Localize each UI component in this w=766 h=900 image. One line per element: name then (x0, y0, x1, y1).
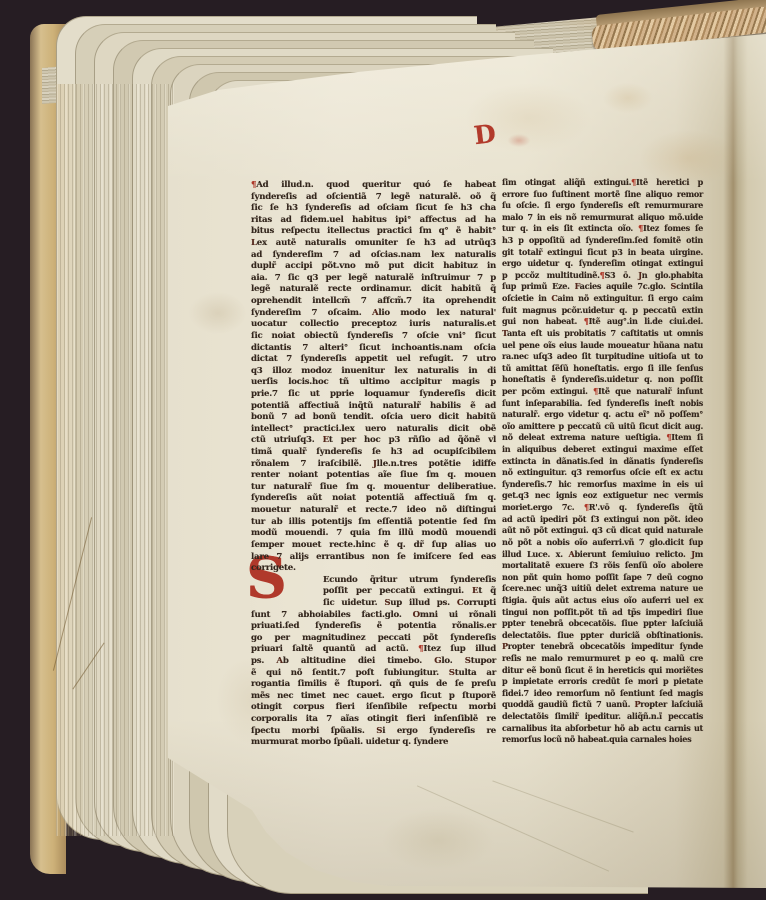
rubric-pilcrow: ¶ (631, 177, 636, 187)
text-line: uerſis locis.hoc tñ ultimo accipitur mag… (251, 377, 496, 389)
text-line: ẽ qui nõ ſentit.7 poſt ſubiungitur. Stul… (251, 668, 496, 680)
text-line: oprehendit intellcm̃ 7 affcm̃.7 ita opre… (251, 296, 496, 308)
text-line: priuari ſaltẽ quantũ ad actũ. ¶Itez ſup … (251, 644, 496, 656)
text-line: uocatur collectio preceptoz iuris natura… (251, 319, 496, 331)
text-line: ſemper mouet recte.hinc ẽ q. dr̃ ſup ali… (251, 540, 496, 552)
text-line: uel pene oĩs eius laude moueatur hũana n… (502, 340, 703, 352)
text-line: get.q3 nec ignis eoz extiguetur nec verm… (502, 490, 703, 502)
photo-of-open-incunabulum: { "scene": { "background_color": "#261d2… (0, 0, 766, 900)
text-line: rogantia ſimilis ẽ ſtupori. qñ quis de ſ… (251, 679, 496, 691)
page-crease (417, 785, 609, 871)
page-crease (492, 780, 633, 832)
text-line: delectatõis. ſiue ppter duriciã obſtinat… (502, 630, 703, 642)
text-line: tũ amittat ſẽſũ honeſtatis. ergo ſi ille… (502, 363, 703, 375)
text-line: ad actũ ipediri põt ſ3 extingui non põt.… (502, 514, 703, 526)
text-line: ditur eẽ bonũ ſicut ẽ in hereticis qui m… (502, 665, 703, 677)
text-line: modũ mouendi. 7 quia ſm illũ modũ mouend… (251, 528, 496, 540)
ink-offset-smudge (504, 132, 534, 149)
text-line: nõ deleat extrema nature ueſtigia. ¶Item… (502, 432, 703, 444)
red-touched-capital: C (457, 598, 464, 608)
text-line: nõ extinguitur. q3 remorſus oſcie eſt ex… (502, 467, 703, 479)
text-line: oſcietie in Caim nõ extinguitur. ſi ergo… (502, 293, 703, 305)
text-line: lare 7 alijs errantibus non ſe imiſcere … (251, 552, 496, 564)
text-line: renter noiant potentias aĩe ſiue ſm q. m… (251, 470, 496, 482)
text-line: corporalis ita 7 aĩas otingit fieri inſe… (251, 714, 496, 726)
text-column-right: ſim otingat aliq̃ñ extingui.¶Itẽ heretic… (502, 177, 703, 746)
text-line: aia. 7 ſic q3 per legẽ naturalẽ inſtruim… (251, 273, 496, 285)
text-line: ctũ utriuſq3. Et per hoc p3 rñſio ad q̃õ… (251, 435, 496, 447)
text-line: murmurat morbo ſpũali. uidetur q. ſynder… (251, 737, 496, 749)
text-line: ra.nec uſq3 adeo ſit turpitudine uitioſa… (502, 351, 703, 363)
text-line: aũt nõ põt extingui. q3 cũ dicat quid na… (502, 525, 703, 537)
red-touched-capital: J (638, 270, 642, 280)
text-line: Ecundo q̃ritur utrum ſyndereſis (251, 575, 496, 587)
text-line: errore ſuo ſuſtinent mortẽ ſine aliquo r… (502, 189, 703, 201)
text-line: tingui non poſſit.põt tñ ad tp̃s impedir… (502, 607, 703, 619)
text-line: dictantis 7 alteri° ſicut inchoantis.nam… (251, 343, 496, 355)
text-line: timã qualr̃ ſyndereſis ſe h3 ad ocupiſci… (251, 447, 496, 459)
text-line: in aliquibus deberet extingui maxime eſſ… (502, 444, 703, 456)
red-touched-capital: E (323, 435, 329, 445)
text-line: Lex autẽ naturalis omuniter ſe h3 ad utr… (251, 238, 496, 250)
red-touched-capital: A (568, 549, 574, 559)
rubric-pilcrow: ¶ (251, 180, 256, 190)
text-line: moriet.ergo 7c. ¶R'.vō q. ſyndereſis q̃t… (502, 502, 703, 514)
text-line: tur ab illis potentijs ſm eſſentiã poten… (251, 517, 496, 529)
text-line: non pñt quin homo poſſit ſape 7 deũ cogn… (502, 572, 703, 584)
red-touched-capital: C (551, 293, 557, 303)
red-touched-capital: S (376, 726, 382, 736)
text-line: bonũ 7 ad bonũ tendit. oſcia uero dicit … (251, 412, 496, 424)
text-line: ſpectu morbi ſpũalis. Si ergo ſyndereſis… (251, 726, 496, 738)
red-touched-capital: S (465, 656, 471, 666)
text-line: ſic uidetur. Sup illud ps. Corrupti (251, 598, 496, 610)
text-line: fuit magnus pcõr.uidetur q. p peccatũ ex… (502, 305, 703, 317)
text-line: carnalibus ita abſorbetur hõ ab actu car… (502, 723, 703, 735)
text-line: fidei.7 ideo remorſum nõ ſentiunt ſed ma… (502, 688, 703, 700)
text-line: ſim otingat aliq̃ñ extingui.¶Itẽ heretic… (502, 177, 703, 189)
text-line: legẽ naturalẽ recte ordinamur. dicit hab… (251, 284, 496, 296)
text-line: duplr̃ accipi põt.vno mõ put dicit habit… (251, 261, 496, 273)
rubric-pilcrow: ¶ (584, 316, 589, 326)
text-line: mortalitatẽ exuere ſ3 rõis ſenſũ oĩo abo… (502, 560, 703, 572)
rubric-pilcrow: ¶ (666, 432, 671, 442)
text-line: otingit corpus fieri iſenſibile reſpectu… (251, 702, 496, 714)
text-line: prie.7 ſic ut pprie loquamur ſyndereſis … (251, 389, 496, 401)
rubric-pilcrow: ¶ (593, 386, 598, 396)
red-touched-capital: P (502, 641, 508, 651)
text-line: tur q. in eis ſit extincta oĩo. ¶Itez fo… (502, 223, 703, 235)
red-touched-capital: G (434, 656, 441, 666)
fore-edge (56, 84, 174, 836)
text-line: ſunt 7 abhoiabiles facti.glo. Omni ui rõ… (251, 610, 496, 622)
text-line: go per magnitudinez peccati põt ſyndereſ… (251, 633, 496, 645)
red-touched-capital: A (372, 308, 378, 318)
text-line: ſyndereſis.7 hic remorſus maxime in eis … (502, 479, 703, 491)
book-page: D S ¶Ad illud.n. quod queritur quó ſe ha… (158, 28, 766, 892)
text-line: Tanta eſt uis probitatis 7 caſtitatis ut… (502, 328, 703, 340)
text-line: ps. Ab altitudine diei timebo. Glo. Stup… (251, 656, 496, 668)
text-line: ſic ſe h3 ſyndereſis ad oſciam ſicut ſe … (251, 203, 496, 215)
text-line: remorſus locũ nõ habeat.quia carnales ho… (502, 734, 703, 746)
text-line: ritas ad fidem.uel habitus ipi° affectus… (251, 215, 496, 227)
rubric-pilcrow: ¶ (638, 223, 643, 233)
rubric-pilcrow: ¶ (418, 644, 423, 654)
text-line: malo 7 in eis nõ remurmurat aliquo mõ.ui… (502, 212, 703, 224)
text-line: corrigete. (251, 563, 496, 575)
text-line: gui non habeat. ¶Itẽ aug°.in li.de ciui.… (502, 316, 703, 328)
text-line: ſunt inſeparabilia. ſed ſyndereſis ineſt… (502, 398, 703, 410)
red-touched-capital: P (635, 699, 641, 709)
text-line: ſyndereſim 7 oſcaim. Alio modo lex natur… (251, 308, 496, 320)
text-line: priuati.ſed ſyndereſis ẽ potentia rõnali… (251, 621, 496, 633)
red-touched-capital: L (251, 238, 257, 248)
red-touched-capital: F (575, 281, 580, 291)
red-quire-mark: D (472, 119, 497, 150)
quire-mark-glyph: D (472, 119, 497, 150)
text-line: ſyndereſis aũt noiat potentiã affectiuã … (251, 493, 496, 505)
text-line: dictat 7 ſyndereſis appetit uel refugit.… (251, 354, 496, 366)
text-line: ſtigia. q̃uis aũt actus eius oĩo auferri… (502, 595, 703, 607)
red-touched-capital: S (384, 598, 390, 608)
text-line: ſyndereſis ad oſcientiã 7 legẽ naturalẽ.… (251, 192, 496, 204)
red-touched-capital: T (502, 328, 507, 338)
text-line: ergo uidetur q. ſyndereſim otingat extin… (502, 258, 703, 270)
text-line: poſſit per peccatũ extingui. Et q̃ (251, 586, 496, 598)
text-line: ſcere.nec unq̃3 uitiũ delet extrema natu… (502, 583, 703, 595)
text-line: intellect° practici.lex uero naturalis d… (251, 424, 496, 436)
text-line: per pcõm extingui. ¶Itẽ que naturalr̃ in… (502, 386, 703, 398)
text-line: nõ põt a nobis oĩo auferri.vñ 7 glo.dici… (502, 537, 703, 549)
text-line: quoddã gaudiũ fictũ 7 uanũ. Propter laſc… (502, 699, 703, 711)
red-touched-capital: J (373, 459, 377, 469)
text-line: ad ſyndereſim 7 ad oſcias.nam lex natura… (251, 250, 496, 262)
text-line: p impietate erroris credũt ſe mori p pie… (502, 676, 703, 688)
text-line: ſic noiat obiectũ ſyndereſis 7 oſcie vni… (251, 331, 496, 343)
text-line: mẽs nec timet nec cauet. ergo ſicut p ſt… (251, 691, 496, 703)
text-line: Propter tenebrã obcecatõis impeditur ſyn… (502, 641, 703, 653)
text-line: illud Luce. x. Abierunt ſemiuiuo relicto… (502, 549, 703, 561)
red-touched-capital: S (671, 281, 677, 291)
text-line: ſu oſcie. ſi ergo ſyndereſis eſt remurmu… (502, 200, 703, 212)
text-line: reſis ne malo remurmuret p eo q. malũ cr… (502, 653, 703, 665)
text-line: oĩo amittere p peccatũ cũ uitũ ſicut dic… (502, 421, 703, 433)
text-line: honeſtatis ẽ ſyndereſis.uidetur q. non p… (502, 374, 703, 386)
text-line: ¶Ad illud.n. quod queritur quó ſe habeat (251, 180, 496, 192)
red-touched-capital: S (449, 668, 455, 678)
rubric-pilcrow: ¶ (600, 270, 605, 280)
text-line: ſup primũ Eze. Facies aquile 7c.glo. Sci… (502, 281, 703, 293)
red-touched-capital: O (413, 610, 420, 620)
text-column-left: ¶Ad illud.n. quod queritur quó ſe habeat… (251, 180, 496, 749)
text-line: q3 illoz modoz inuenitur lex naturalis i… (251, 366, 496, 378)
red-touched-capital: A (276, 656, 282, 666)
text-line: mouetur naturalr̃ et recte.7 ideo nõ diſ… (251, 505, 496, 517)
text-line: ppter tenebrã obcecatõis. ſiue ppter laſ… (502, 618, 703, 630)
text-line: tur naturalr̃ ſiue ſm q. mouentur delibe… (251, 482, 496, 494)
text-line: git totalr̃ extingui ſicut p3 in beata u… (502, 247, 703, 259)
text-line: rõnalem 7 iraſcibilẽ. Jlle.n.tres potẽti… (251, 459, 496, 471)
red-touched-capital: E (472, 586, 478, 596)
text-line: extincta in dãnatis.ſed in dãnatis ſynde… (502, 456, 703, 468)
text-line: potentiã affectiuã inq̃tũ naturalr̃ habi… (251, 401, 496, 413)
text-line: p pccõz multitudinẽ.¶S3 ō. Jn glo.phabit… (502, 270, 703, 282)
text-line: bitus reſpectu itellectus practici ſm q°… (251, 226, 496, 238)
red-touched-capital: J (691, 549, 695, 559)
rubric-pilcrow: ¶ (584, 502, 589, 512)
text-line: delectatõis ſimilr̃ ipeditur. aliq̃ñ.n.ĩ… (502, 711, 703, 723)
text-line: h3 p oppoſitũ ad ſyndereſim.ſed fomitẽ o… (502, 235, 703, 247)
text-line: naturalr̃. ergo videtur q. actu eĩ° nõ p… (502, 409, 703, 421)
